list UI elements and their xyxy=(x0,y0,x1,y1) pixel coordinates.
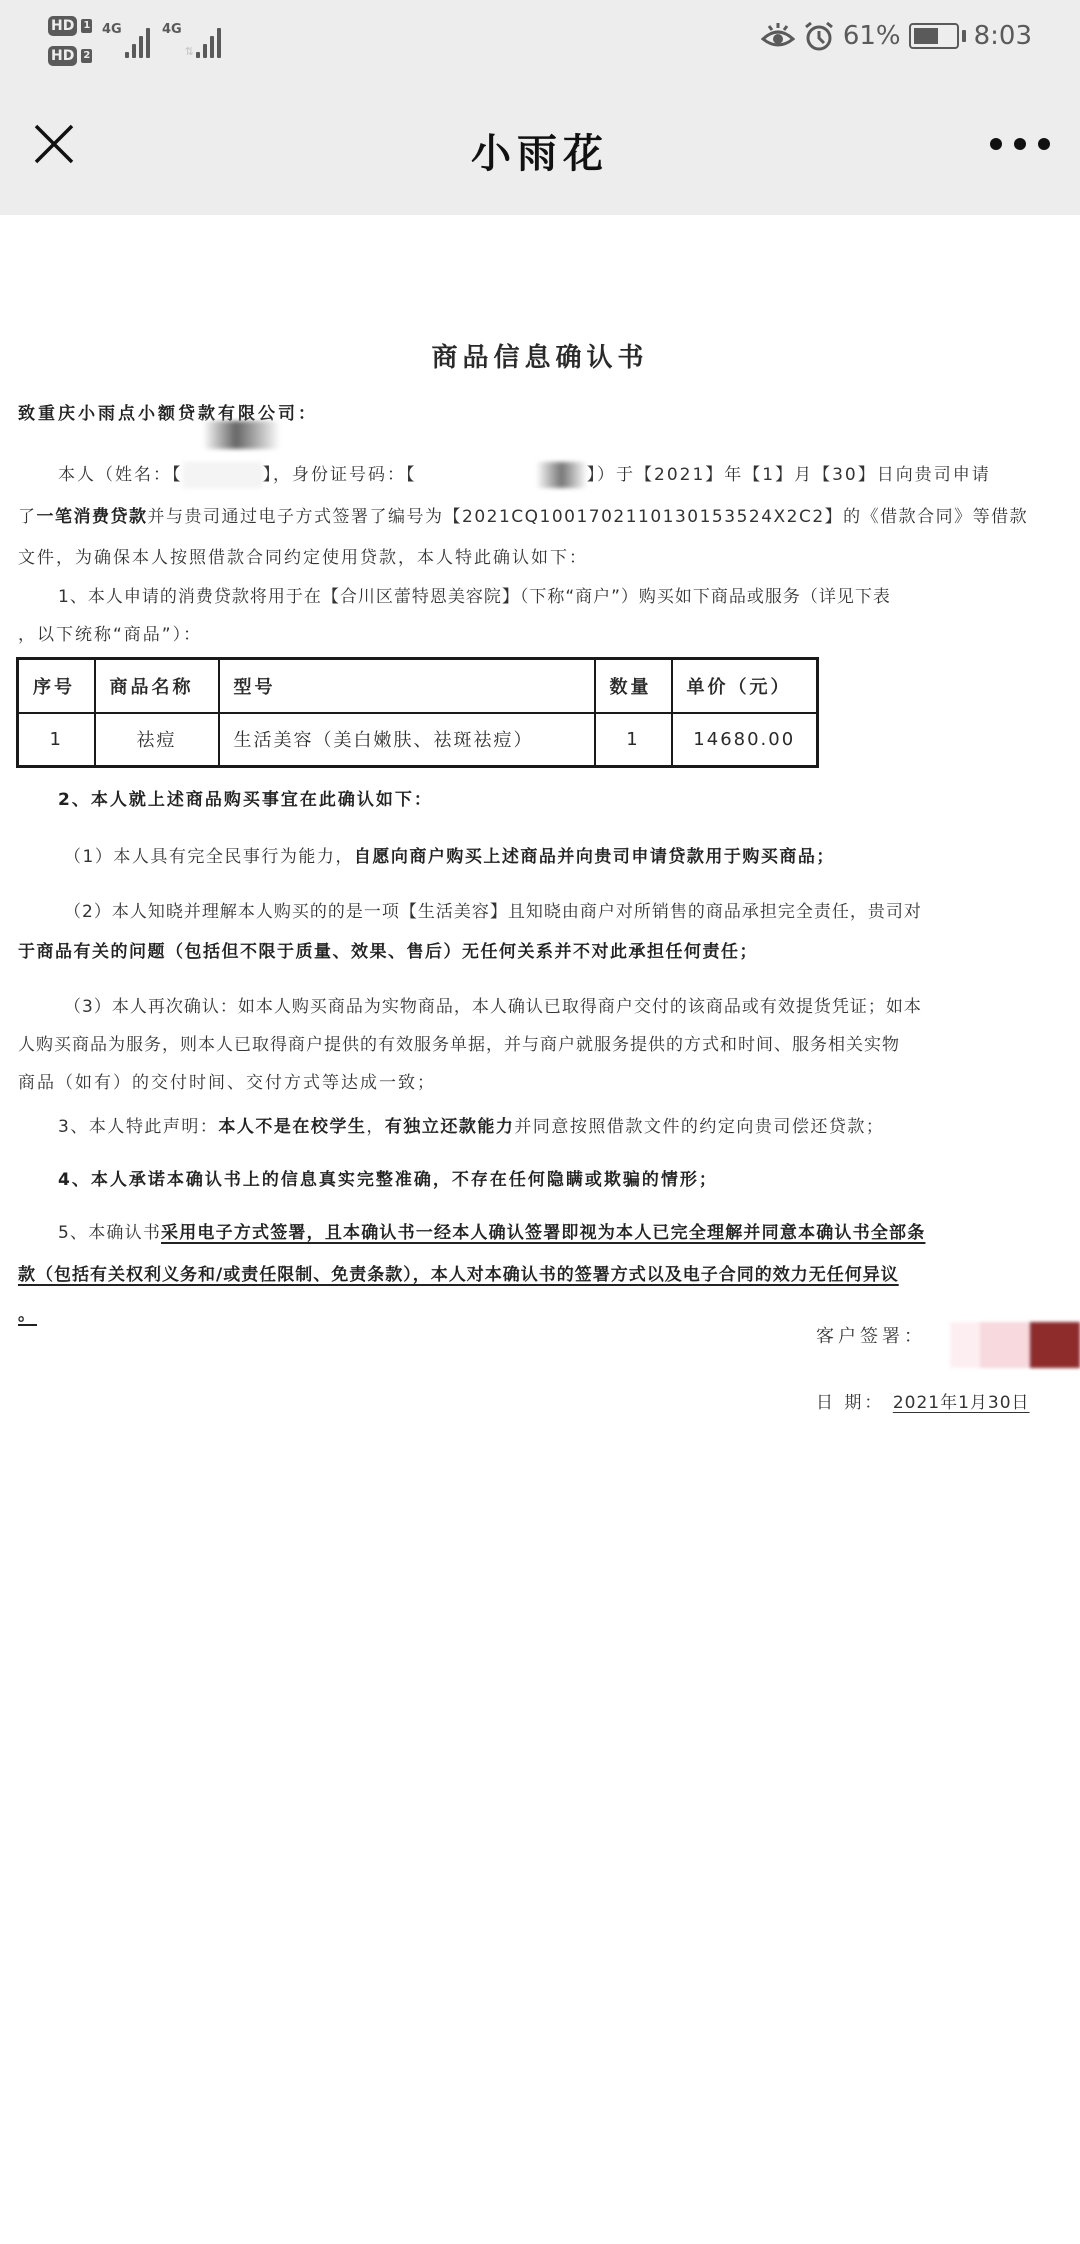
sim1-hd-icon: HD 1 xyxy=(48,14,92,38)
clock: 8:03 xyxy=(974,21,1032,51)
clause-2-item-3-line-2: 人购买商品为服务，则本人已取得商户提供的有效服务单据，并与商户就服务提供的方式和… xyxy=(18,1030,900,1055)
table-row: 1 祛痘 生活美容（美白嫩肤、祛斑祛痘） 1 14680.00 xyxy=(18,713,818,767)
intro-line-2: 了一笔消费贷款并与贵司通过电子方式签署了编号为【2021CQ1001702110… xyxy=(18,502,1028,527)
clause-2-item-3-line-3: 商品（如有）的交付时间、交付方式等达成一致； xyxy=(18,1068,436,1093)
clause-1-line-2: ，以下统称“商品”）： xyxy=(18,620,202,645)
top-bar: HD 1 HD 2 4G 4G ⇅ xyxy=(0,0,1080,215)
table-header-row: 序号 商品名称 型号 数量 单价（元） xyxy=(18,659,818,713)
battery-icon xyxy=(909,23,959,49)
clause-3: 3、本人特此声明：本人不是在校学生，有独立还款能力并同意按照借款文件的约定向贵司… xyxy=(58,1112,884,1137)
clause-2-item-3-line-1: （3）本人再次确认：如本人购买商品为实物商品，本人确认已取得商户交付的该商品或有… xyxy=(64,992,922,1017)
clause-2-item-1: （1）本人具有完全民事行为能力，自愿向商户购买上述商品并向贵司申请贷款用于购买商… xyxy=(64,842,835,867)
goods-table: 序号 商品名称 型号 数量 单价（元） 1 祛痘 生活美容（美白嫩肤、祛斑祛痘）… xyxy=(16,657,819,768)
clause-5-line-3: 。 xyxy=(18,1300,37,1325)
status-right: 61% 8:03 xyxy=(761,20,1032,52)
redacted-id-number xyxy=(417,462,587,488)
signature-image xyxy=(950,1322,1080,1368)
col-header-model: 型号 xyxy=(219,659,595,713)
clause-2-item-2-line-1: （2）本人知晓并理解本人购买的的是一项【生活美容】且知晓由商户对所销售的商品承担… xyxy=(64,897,922,922)
clause-1-line-1: 1、本人申请的消费贷款将用于在【合川区蕾特恩美容院】（下称“商户”）购买如下商品… xyxy=(58,582,891,607)
signature-label: 客户签署： xyxy=(816,1322,926,1348)
redacted-name xyxy=(183,462,263,488)
intro-line-1: 本人（姓名：【】，身份证号码：【】）于【2021】年【1】月【30】日向贵司申请 xyxy=(58,460,991,488)
nav-bar: 小雨花 xyxy=(0,80,1080,215)
data-arrows-icon: ⇅ xyxy=(185,45,194,58)
alarm-icon xyxy=(803,20,835,52)
col-header-index: 序号 xyxy=(18,659,95,713)
document-title: 商品信息确认书 xyxy=(0,337,1080,374)
cell-qty: 1 xyxy=(595,713,672,767)
signal-icon-sim1: 4G xyxy=(102,22,150,58)
clause-5-line-2: 款（包括有关权利义务和/或责任限制、免责条款），本人对本确认书的签署方式以及电子… xyxy=(18,1260,899,1285)
date-row: 日 期： 2021年1月30日 xyxy=(816,1388,1030,1413)
date-label: 日 期： xyxy=(816,1393,884,1413)
cell-price: 14680.00 xyxy=(672,713,818,767)
clause-4: 4、本人承诺本确认书上的信息真实完整准确，不存在任何隐瞒或欺骗的情形； xyxy=(58,1165,718,1190)
battery-percent: 61% xyxy=(843,21,901,51)
clause-5-line-1: 5、本确认书采用电子方式签署，且本确认书一经本人确认签署即视为本人已完全理解并同… xyxy=(58,1218,925,1243)
sim-indicators: HD 1 HD 2 xyxy=(48,14,92,74)
col-header-name: 商品名称 xyxy=(95,659,219,713)
cell-name: 祛痘 xyxy=(95,713,219,767)
more-icon[interactable] xyxy=(990,124,1050,164)
clause-2-heading: 2、本人就上述商品购买事宜在此确认如下： xyxy=(58,785,433,810)
col-header-price: 单价（元） xyxy=(672,659,818,713)
page-title: 小雨花 xyxy=(0,122,1080,179)
cell-index: 1 xyxy=(18,713,95,767)
signal-icon-sim2: 4G ⇅ xyxy=(162,22,221,58)
sim2-hd-icon: HD 2 xyxy=(48,44,92,68)
clause-2-item-2-line-2: 于商品有关的问题（包括但不限于质量、效果、售后）无任何关系并不对此承担任何责任； xyxy=(18,937,758,962)
status-bar: HD 1 HD 2 4G 4G ⇅ xyxy=(0,0,1080,80)
date-value: 2021年1月30日 xyxy=(893,1393,1030,1413)
col-header-qty: 数量 xyxy=(595,659,672,713)
eye-comfort-icon xyxy=(761,21,795,51)
redacted-mark xyxy=(170,421,280,449)
cell-model: 生活美容（美白嫩肤、祛斑祛痘） xyxy=(219,713,595,767)
intro-line-3: 文件，为确保本人按照借款合同约定使用贷款，本人特此确认如下： xyxy=(18,543,588,568)
